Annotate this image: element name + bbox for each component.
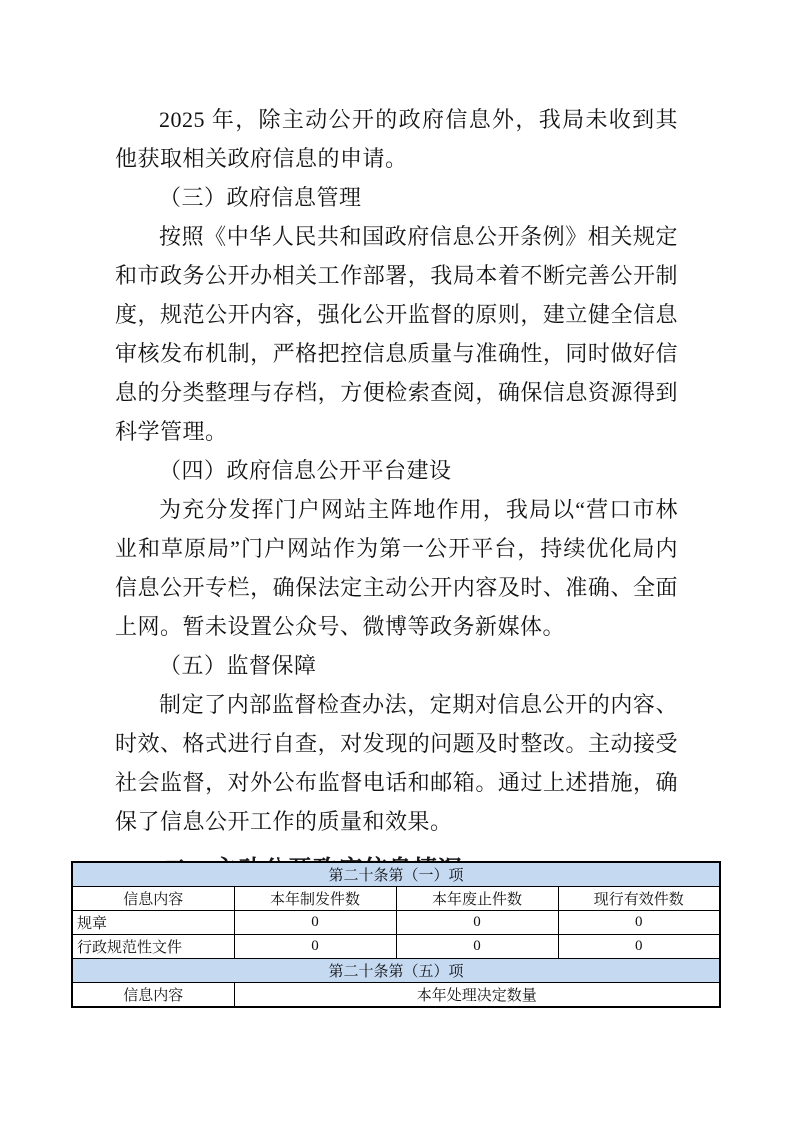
table-row: 规章 0 0 0 <box>72 911 720 935</box>
document-page: 2025 年，除主动公开的政府信息外，我局未收到其他获取相关政府信息的申请。 （… <box>0 0 793 1122</box>
col-header-decisions-count: 本年处理决定数量 <box>234 983 720 1008</box>
table-section1-title: 第二十条第（一）项 <box>72 862 720 887</box>
cell-value: 0 <box>558 911 720 935</box>
cell-value: 0 <box>396 935 558 959</box>
col-header-effective-count: 现行有效件数 <box>558 887 720 911</box>
cell-value: 0 <box>234 935 396 959</box>
report-body: 2025 年，除主动公开的政府信息外，我局未收到其他获取相关政府信息的申请。 （… <box>115 100 678 889</box>
table-section2-title-row: 第二十条第（五）项 <box>72 959 720 983</box>
cell-value: 0 <box>234 911 396 935</box>
table-section2-header-row: 信息内容 本年处理决定数量 <box>72 983 720 1008</box>
table-header-row: 信息内容 本年制发件数 本年废止件数 现行有效件数 <box>72 887 720 911</box>
col-header-info-content: 信息内容 <box>72 887 234 911</box>
paragraph-management: 按照《中华人民共和国政府信息公开条例》相关规定和市政务公开办相关工作部署，我局本… <box>115 217 678 451</box>
cell-value: 0 <box>558 935 720 959</box>
paragraph-supervision: 制定了内部监督检查办法，定期对信息公开的内容、时效、格式进行自查，对发现的问题及… <box>115 685 678 841</box>
table-section2-title: 第二十条第（五）项 <box>72 959 720 983</box>
table-section1-title-row: 第二十条第（一）项 <box>72 862 720 887</box>
cell-value: 0 <box>396 911 558 935</box>
col-header-info-content: 信息内容 <box>72 983 234 1008</box>
heading-section-4: （四）政府信息公开平台建设 <box>115 451 678 490</box>
heading-section-5: （五）监督保障 <box>115 646 678 685</box>
paragraph-applications: 2025 年，除主动公开的政府信息外，我局未收到其他获取相关政府信息的申请。 <box>115 100 678 178</box>
paragraph-platform: 为充分发挥门户网站主阵地作用，我局以“营口市林业和草原局”门户网站作为第一公开平… <box>115 490 678 646</box>
disclosure-table: 第二十条第（一）项 信息内容 本年制发件数 本年废止件数 现行有效件数 规章 0… <box>71 861 721 1008</box>
heading-section-3: （三）政府信息管理 <box>115 178 678 217</box>
row-label-regulations: 规章 <box>72 911 234 935</box>
col-header-repealed-count: 本年废止件数 <box>396 887 558 911</box>
row-label-normative-documents: 行政规范性文件 <box>72 935 234 959</box>
table-row: 行政规范性文件 0 0 0 <box>72 935 720 959</box>
col-header-issued-count: 本年制发件数 <box>234 887 396 911</box>
